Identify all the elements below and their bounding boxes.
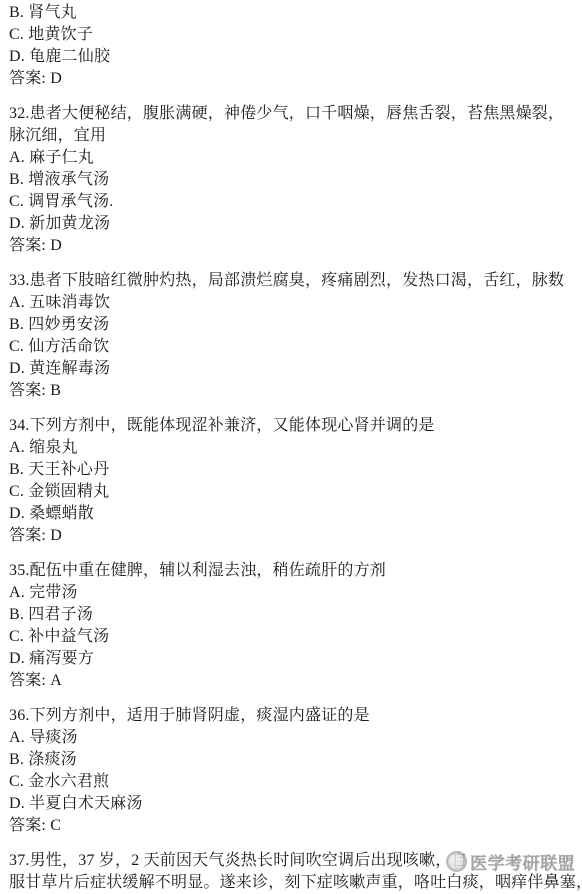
option-line: A. 完带汤 [9, 582, 576, 604]
option-line: D. 龟鹿二仙胶 [9, 46, 576, 68]
question-32: 32.患者大便秘结，腹胀满硬，神倦少气，口千咽燥，唇焦舌裂，苔焦黑燥裂， 脉沉细… [9, 103, 576, 257]
question-34: 34.下列方剂中，既能体现涩补兼济，又能体现心肾并调的是 A. 缩泉丸 B. 天… [9, 415, 576, 547]
stem-line: 33.患者下肢暗红微肿灼热，局部溃烂腐臭，疼痛剧烈，发热口渴，舌红，脉数 [9, 270, 576, 292]
option-line: B. 涤痰汤 [9, 749, 576, 771]
stem-line: 36.下列方剂中，适用于肺肾阴虚，痰湿内盛证的是 [9, 705, 576, 727]
question-37-partial: 37.男性，37 岁，2 天前因天气炎热长时间吹空调后出现咳嗽，自 服甘草片后症… [9, 850, 576, 894]
answer-line: 答案: B [9, 380, 576, 402]
option-line: D. 痛泻要方 [9, 648, 576, 670]
stem-line: 34.下列方剂中，既能体现涩补兼济，又能体现心肾并调的是 [9, 415, 576, 437]
answer-line: 答案: D [9, 235, 576, 257]
option-line: B. 肾气丸 [9, 2, 576, 24]
option-line: B. 四妙勇安汤 [9, 314, 576, 336]
option-line: D. 黄连解毒汤 [9, 358, 576, 380]
option-line: D. 桑螵蛸散 [9, 503, 576, 525]
option-line: C. 调胃承气汤. [9, 191, 576, 213]
option-line: A. 缩泉丸 [9, 437, 576, 459]
option-line: B. 四君子汤 [9, 604, 576, 626]
option-line: C. 金锁固精丸 [9, 481, 576, 503]
answer-line: 答案: D [9, 68, 576, 90]
stem-line: 37.男性，37 岁，2 天前因天气炎热长时间吹空调后出现咳嗽，自 [9, 850, 576, 872]
stem-line: 32.患者大便秘结，腹胀满硬，神倦少气，口千咽燥，唇焦舌裂，苔焦黑燥裂， [9, 103, 576, 125]
answer-line: 答案: C [9, 815, 576, 837]
question-33: 33.患者下肢暗红微肿灼热，局部溃烂腐臭，疼痛剧烈，发热口渴，舌红，脉数 A. … [9, 270, 576, 402]
option-line: D. 半夏白术天麻汤 [9, 793, 576, 815]
stem-line: 35.配伍中重在健脾，辅以利湿去浊，稍佐疏肝的方剂 [9, 560, 576, 582]
question-35: 35.配伍中重在健脾，辅以利湿去浊，稍佐疏肝的方剂 A. 完带汤 B. 四君子汤… [9, 560, 576, 692]
option-line: A. 导痰汤 [9, 727, 576, 749]
option-line: B. 增液承气汤 [9, 169, 576, 191]
option-line: C. 补中益气汤 [9, 626, 576, 648]
question-36: 36.下列方剂中，适用于肺肾阴虚，痰湿内盛证的是 A. 导痰汤 B. 涤痰汤 C… [9, 705, 576, 837]
stem-line: 脉沉细，宜用 [9, 125, 576, 147]
option-line: B. 天王补心丹 [9, 459, 576, 481]
answer-line: 答案: A [9, 670, 576, 692]
option-line: C. 仙方活命饮 [9, 336, 576, 358]
option-line: C. 地黄饮子 [9, 24, 576, 46]
option-line: D. 新加黄龙汤 [9, 213, 576, 235]
question-31-partial: B. 肾气丸 C. 地黄饮子 D. 龟鹿二仙胶 答案: D [9, 2, 576, 90]
stem-line: 服甘草片后症状缓解不明显。遂来诊，刻下症咳嗽声重，咯吐白痰，咽痒伴鼻塞， [9, 872, 576, 894]
answer-line: 答案: D [9, 525, 576, 547]
option-line: C. 金水六君煎 [9, 771, 576, 793]
option-line: A. 麻子仁丸 [9, 147, 576, 169]
exam-document: B. 肾气丸 C. 地黄饮子 D. 龟鹿二仙胶 答案: D 32.患者大便秘结，… [0, 0, 582, 894]
option-line: A. 五味消毒饮 [9, 292, 576, 314]
